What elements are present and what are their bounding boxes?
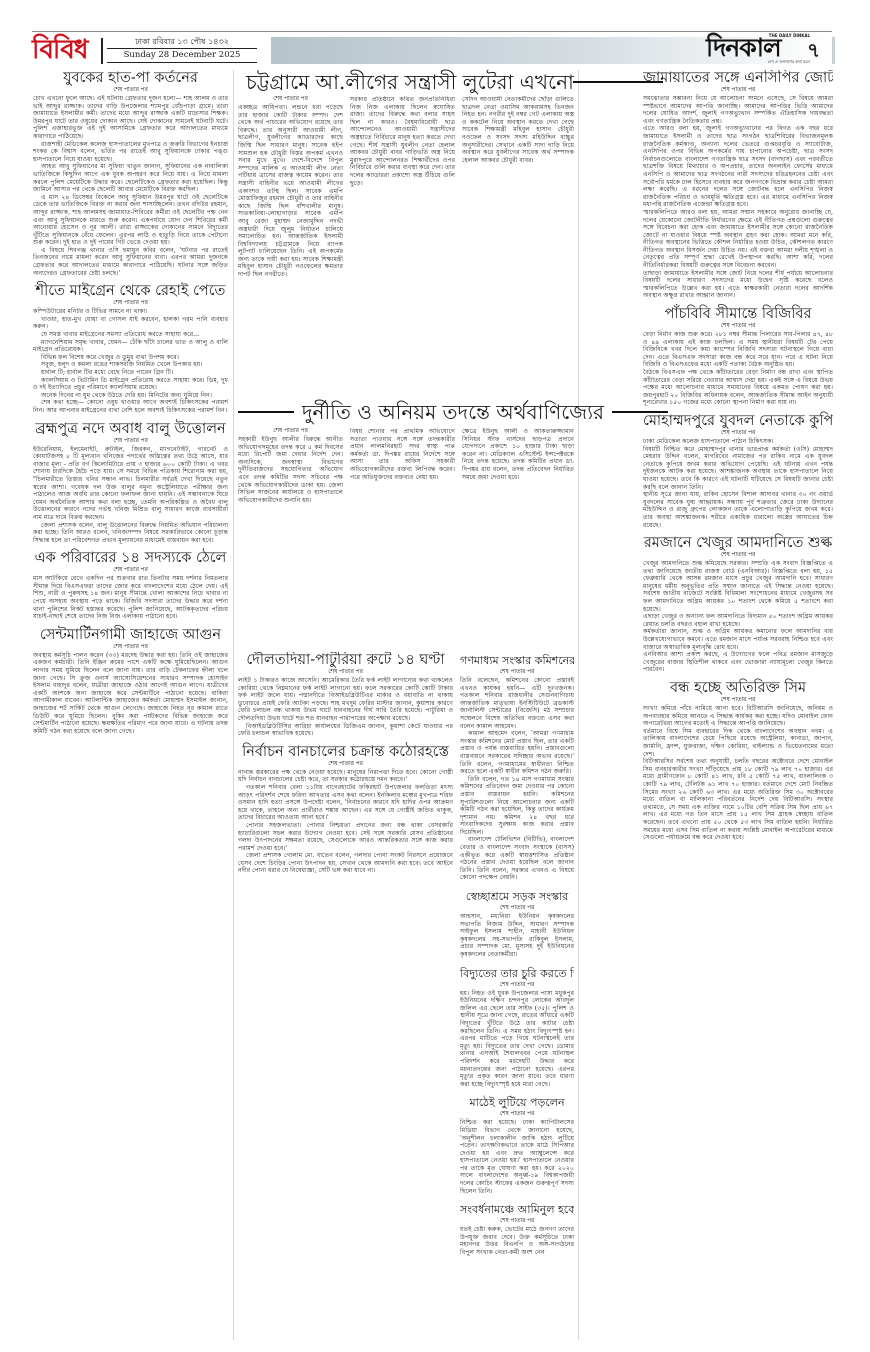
paragraph: বিআইডব্লিউটিসির আরিচা কার্যালয়ের ডিজিএম… — [238, 723, 453, 738]
center-left-column: দৌলতদিয়া-পাটুরিয়া রুটে ১৪ ঘণ্টা শেষ পা… — [238, 652, 453, 1342]
article-saint-martin: সেন্টমার্টিনগামী জাহাজে আগুন শেষ পাতার প… — [33, 627, 228, 736]
article-youth-limbs: যুবকের হাত-পা কর্তনের শেষ পাতার পর চোখ এ… — [33, 70, 228, 277]
headline: যুবকের হাত-পা কর্তনের — [33, 70, 228, 87]
paragraph: সরকার প্রতিষ্ঠানে কথিত জনপ্রতিনিধিরা নিজ… — [350, 96, 455, 187]
column-separator — [233, 70, 234, 1340]
article-aminul: সংবর্ধনামঞ্চে আমিনুল হকের শেষ পাতার পর য… — [460, 1201, 574, 1256]
article-ferry: দৌলতদিয়া-পাটুরিয়া রুটে ১৪ ঘণ্টা শেষ পা… — [238, 652, 453, 738]
headline: চট্টগ্রামে আ.লীগের সন্ত্রাসী লুটেরা এখনো — [246, 70, 574, 94]
headline: দৌলতদিয়া-পাটুরিয়া রুটে ১৪ ঘণ্টা — [238, 652, 453, 669]
paragraph: চোখ এখনো ফুলে আছে। এই ঘটনায় গ্রেফতার দু… — [33, 95, 228, 141]
newspaper-logo: দৈনিক THE DAILY DINKAL দিনকাল দেশ ও জনগণ… — [706, 32, 810, 66]
date-bangla: ঢাকা রবিবার ১৩ পৌষ ১৪৩২ — [107, 36, 257, 49]
paragraph: তিনি বলেন, গত ১৪ মাস গণমাধ্যম সংস্কার কম… — [460, 776, 574, 837]
headline: সংবর্ধনামঞ্চে আমিনুল হকের — [460, 1201, 574, 1218]
headline-chattogram: চট্টগ্রামে আ.লীগের সন্ত্রাসী লুটেরা এখনো — [238, 70, 573, 94]
paragraph: বিষয় শোনার পর প্রাথমিক অভিযোগে সত্যতা প… — [350, 428, 455, 481]
paragraph: গতকাল শনিবার বেলা ১১টায় বাগেরহাটের ফকির… — [238, 784, 453, 822]
headline: পাঁচবিবি সীমান্তে বিজিবির — [643, 306, 833, 323]
article-jamaat-ncp: জামায়াতের সঙ্গে এনসিপির জোট শেষ পাতার প… — [643, 70, 833, 300]
masthead: বিবিধ ঢাকা রবিবার ১৩ পৌষ ১৪৩২ Sunday 28 … — [32, 31, 832, 65]
date-english: Sunday 28 December 2025 — [107, 49, 257, 63]
headline: এক পরিবারের ১৪ সদস্যকে ঠেলে — [33, 550, 228, 567]
paragraph: হার্বাল টি; হার্বাল টির মধ্যে বেছে নিতে … — [33, 369, 228, 377]
continued-label: শেষ পাতার পর — [643, 87, 833, 94]
continued-label: শেষ পাতার পর — [460, 1218, 574, 1225]
paragraph: তিনি বলেছেন, কমিশনের কোনো প্রস্তাবই এখনও… — [460, 677, 574, 730]
paragraph: খেজুর আমদানিতে শুল্ক কমিয়েছে সরকার। সম্… — [643, 560, 833, 613]
paragraph: কর্মকর্তারা জানান, শুল্ক ও অগ্রিম আয়কর … — [643, 628, 833, 651]
issue-date: ঢাকা রবিবার ১৩ পৌষ ১৪৩২ Sunday 28 Decemb… — [107, 36, 257, 63]
paragraph: ইউরেনিয়াম, ইলমেনাইট, রুটাইল, জিরকন, ম্য… — [33, 446, 228, 522]
continued-label: শেষ পাতার পর — [238, 96, 343, 103]
paragraph: স্থানীয় সূত্রে জানা যায়, রাকিব হোসেন ব… — [643, 491, 833, 529]
headline: নির্বাচন বানচালের চক্রান্ত কঠোরহস্তে — [238, 744, 453, 761]
logo-tagline: দেশ ও জনগণের কথা বলে — [768, 59, 810, 66]
headline: রমজানে খেজুর আমদানিতে শুল্ক — [643, 535, 833, 552]
paragraph: শেষ কথা হচ্ছে— কোনো ওষুধ খাওয়ার আগে অবশ… — [33, 399, 228, 414]
corruption-col-2: বিষয় শোনার পর প্রাথমিক অভিযোগে সত্যতা প… — [350, 428, 455, 650]
chattogram-col-2: সরকার প্রতিষ্ঠানে কথিত জনপ্রতিনিধিরা নিজ… — [350, 96, 455, 396]
continued-label: শেষ পাতার পর — [33, 300, 228, 307]
continued-label: শেষ পাতার পর — [238, 669, 453, 676]
paragraph: এছাড়া খেজুর ও অন্যান্য ফল আমদানিতে বিদ্… — [643, 613, 833, 628]
paragraph: হয়। নিহত ওই যুবক উপজেলার পাসা মধুকপুর ই… — [460, 990, 574, 1089]
paragraph: নানান্ত স্তরকারের পক্ষ থেকে নেওয়া হয়েছ… — [238, 769, 453, 784]
center-right-column: গণমাধ্যম সংস্কার কমিশনের প্রস্তাব শেষ পা… — [460, 652, 574, 1342]
headline: সেন্টমার্টিনগামী জাহাজে আগুন — [33, 627, 228, 644]
article-media-reform: গণমাধ্যম সংস্কার কমিশনের প্রস্তাব শেষ পা… — [460, 652, 574, 882]
continued-label: শেষ পাতার পর — [460, 982, 574, 989]
paragraph: যতই চেষ্টা করুক, ভোটের মাঠে জনগণ তাদের উ… — [460, 1226, 574, 1256]
continued-label: শেষ পাতার পর — [33, 644, 228, 651]
paragraph: রাজশাহী মেডিকেল কলেজ হাসপাতালের মুখপাত্র… — [33, 141, 228, 164]
paragraph: সবুজ, হলুদ ও কমলা রঙের শাকসবজি নিয়মিত খ… — [33, 361, 228, 369]
continued-label: শেষ পাতার পর — [33, 87, 228, 94]
right-column: জামায়াতের সঙ্গে এনসিপির জোট শেষ পাতার প… — [643, 70, 833, 1345]
paragraph: স্মারকলিপিতে আরও বলা হয়, আমরা সম্মান সহ… — [643, 209, 833, 270]
chattogram-col-1: শেষ পাতার পর একচ্ছত্র আধিপত্য। লন্ডনে ধর… — [238, 96, 343, 396]
article-bgb: পাঁচবিবি সীমান্তে বিজিবির শেষ পাতার পর ব… — [643, 306, 833, 407]
paragraph: সেদিন আওয়ামী নেতাকর্মীদের ছোঁড়া গুলিতে… — [462, 96, 574, 164]
paragraph: বিষয়টি নিশ্চিত করে মোহাম্মদপুর থানার ভা… — [643, 446, 833, 492]
headline: জামায়াতের সঙ্গে এনসিপির জোট — [643, 70, 833, 87]
headline-corruption: দুর্নীতি ও অনিয়ম তদন্তে অর্থবাণিজ্যের — [238, 400, 668, 424]
paragraph: খাওয়া, হাত-মুখ ধোয়া বা গোসল যাই করবেন,… — [33, 316, 228, 331]
paragraph: জেলা প্রশাসক বলেন, বালু উত্তোলনের বিরুদ্… — [33, 522, 228, 545]
chattogram-col-3: সেদিন আওয়ামী নেতাকর্মীদের ছোঁড়া গুলিতে… — [462, 96, 574, 396]
article-electricity-theft: বিদ্যুতের তার চুরি করতে গিয়ে শেষ পাতার … — [460, 965, 574, 1089]
paragraph: এনবিআর আশা প্রকাশ করছে, এ উদ্যোগের ফলে প… — [643, 651, 833, 674]
continued-label: শেষ পাতার পর — [33, 567, 228, 574]
headline: শীতে মাইগ্রেন থেকে রেহাই পেতে — [33, 283, 228, 300]
paragraph: কামাল আহমেদ বলেন, 'আমরা গণমাধ্যম সংস্কার… — [460, 730, 574, 776]
paragraph: আহত আবু সুফিয়ানের মা সুফিয়া খাতুন জানা… — [33, 163, 228, 193]
paragraph: আহসান, মধ্যনিয়া ইউনিয়ন কৃষকদলের সভাপতি… — [460, 913, 574, 959]
section-title: বিবিধ — [32, 36, 87, 64]
column-separator — [578, 70, 579, 1340]
corruption-col-1: শেষ পাতার পর সহকারী ইউনুছ আলীর বিরুদ্ধে … — [238, 428, 343, 650]
continued-label: শেষ পাতার পর — [643, 323, 833, 330]
paragraph: সহকারী ইউনুছ আলীর বিরুদ্ধে আনীত অভিযোগসম… — [238, 436, 343, 504]
continued-label: শেষ পাতার পর — [460, 905, 574, 912]
paragraph: সমঝোতার সম্ভাবনা নিয়ে যে আলোচনা সামনে এ… — [643, 95, 833, 125]
article-election: নির্বাচন বানচালের চক্রান্ত কঠোরহস্তে শেষ… — [238, 744, 453, 875]
article-road-repair: স্বেচ্ছাশ্রমে সড়ক সংস্কার শেষ পাতার পর … — [460, 888, 574, 959]
paragraph: বর্তমানে বিশ্বে সিম ব্যবহারের দিক থেকে ব… — [643, 728, 833, 758]
headline: বন্ধ হচ্ছে অতিরিক্ত সিম — [643, 680, 833, 697]
headline: বিদ্যুতের তার চুরি করতে গিয়ে — [460, 965, 574, 982]
continued-label: শেষ পাতার পর — [643, 430, 833, 437]
paragraph: জেলা প্রশাসক গোলাম মো. বাতেন বলেন, গলদার… — [238, 852, 453, 875]
paragraph: লাইট ১ টাকারও কাজে আসেনি। আমেরিকার তৈরি … — [238, 677, 453, 723]
paragraph: বিটিআরসির সর্বশেষ তথ্য অনুযায়ী, চলতি বছ… — [643, 758, 833, 842]
headline: স্বেচ্ছাশ্রমে সড়ক সংস্কার — [460, 888, 574, 905]
paragraph: বেড়া নির্মাণ কাজ শুরু করে। ২৮১ নম্বর সী… — [643, 331, 833, 369]
article-family-14: এক পরিবারের ১৪ সদস্যকে ঠেলে শেষ পাতার পর… — [33, 550, 228, 621]
paragraph: নিশ্চিত করা হয়েছে। ঢাকা ক্যাপিটালসের মি… — [460, 1119, 574, 1195]
continued-label: শেষ পাতার পর — [643, 552, 833, 559]
headline: গণমাধ্যম সংস্কার কমিশনের প্রস্তাব — [460, 652, 574, 669]
headline-rule — [238, 411, 294, 413]
paragraph: মাস আটকিয়ে রেখে একদিন পর শুক্রবার রাত ত… — [33, 575, 228, 621]
left-column: যুবকের হাত-পা কর্তনের শেষ পাতার পর চোখ এ… — [33, 70, 228, 1345]
paragraph: তাছাড়া জামায়াতে ইসলামীর সঙ্গে জোট নিয়… — [643, 270, 833, 300]
paragraph: বৈঠকে বিএসএফ পক্ষ থেকে কাঁটাতারের বেড়া … — [643, 369, 833, 407]
paragraph: পোনার সহজলভ্যতা। পোনার নিশ্চয়তা প্রদানে… — [238, 822, 453, 852]
continued-label: শেষ পাতার পর — [238, 428, 343, 435]
article-brahmaputra: ব্রহ্মপুত্র নদে অবাধ বালু উত্তোলন শেষ পা… — [33, 421, 228, 545]
paragraph: এ মাস ২৪ ডিসেম্বর বিকেলে আবু সুফিয়ান উম… — [33, 194, 228, 247]
continued-label: শেষ পাতার পর — [238, 761, 453, 768]
paragraph: সংখ্যা কমিয়ে পাঁচে নামিয়ে আনা হবে। বিট… — [643, 705, 833, 728]
paragraph: কম্পিউটারের মনিটর ও টিভির সামনে না থাকা। — [33, 308, 228, 316]
paragraph: ম্যাগনেশিয়াম সমৃদ্ধ খাবার, যেমন— ঢেঁকি … — [33, 339, 228, 354]
article-dates-duty: রমজানে খেজুর আমদানিতে শুল্ক শেষ পাতার পর… — [643, 535, 833, 674]
article-mohammadpur: মোহাম্মদপুরে যুবদল নেতাকে কুপিয়ে শেষ পা… — [643, 413, 833, 529]
paragraph: এতে আরও বলা হয়, জুলাই গণঅভ্যুত্থানের পর… — [643, 125, 833, 209]
continued-label: শেষ পাতার পর — [33, 438, 228, 445]
paragraph: অবস্থায় কর্মসূচি পালন করেন (৩৩) মরদেহ উ… — [33, 652, 228, 736]
headline: ব্রহ্মপুত্র নদে অবাধ বালু উত্তোলন — [33, 421, 228, 438]
article-sim-closure: বন্ধ হচ্ছে অতিরিক্ত সিম শেষ পাতার পর সংখ… — [643, 680, 833, 842]
paragraph: অনেক দিনের না ঘুম থেকে উঠতে দেরি হয়। মি… — [33, 392, 228, 400]
masthead-edge — [832, 37, 835, 64]
page-number: ৭ — [807, 36, 820, 69]
headline: মোহাম্মদপুরে যুবদল নেতাকে কুপিয়ে — [643, 413, 833, 430]
masthead-divider — [101, 38, 103, 64]
corruption-col-3: ক্ষেত্রে ইউনুছ আলী ও আকতারুজ্জামান সিনিয… — [462, 428, 574, 650]
paragraph: ক্ষেত্রে ইউনুছ আলী ও আকতারুজ্জামান সিনিয… — [462, 428, 574, 481]
continued-label: শেষ পাতার পর — [643, 697, 833, 704]
paragraph: যে সমস্ত খাবার মাইগ্রেনের সমস্যা প্রতিরো… — [33, 331, 228, 339]
continued-label: শেষ পাতার পর — [460, 1111, 574, 1118]
paragraph: ঢাকা মেডিকেল কলেজ হাসপাতালে পাঠান চিকিৎস… — [643, 438, 833, 446]
logo-text: দিনকাল — [706, 35, 781, 61]
continued-label: শেষ পাতার পর — [460, 669, 574, 676]
paragraph: একচ্ছত্র আধিপত্য। লন্ডনে ধরা পড়েছে তার … — [238, 104, 343, 279]
paragraph: এ বিষয়ে শিবগঞ্জ থানার ওসি হুমায়ুন কবির… — [33, 247, 228, 277]
paragraph: বাংলাদেশ টেলিভিশন (বিটিভি), বাংলাদেশ বেত… — [460, 836, 574, 882]
headline: দুর্নীতি ও অনিয়ম তদন্তে অর্থবাণিজ্যের — [302, 400, 604, 424]
article-ground-fall: মাঠেই লুটিয়ে পড়লেন শেষ পাতার পর নিশ্চি… — [460, 1094, 574, 1195]
paragraph: ক্যালসিয়াম ও ভিটামিন ডি মাইগ্রেন প্রতির… — [33, 377, 228, 392]
article-migraine: শীতে মাইগ্রেন থেকে রেহাই পেতে শেষ পাতার … — [33, 283, 228, 414]
headline: মাঠেই লুটিয়ে পড়লেন — [460, 1094, 574, 1111]
